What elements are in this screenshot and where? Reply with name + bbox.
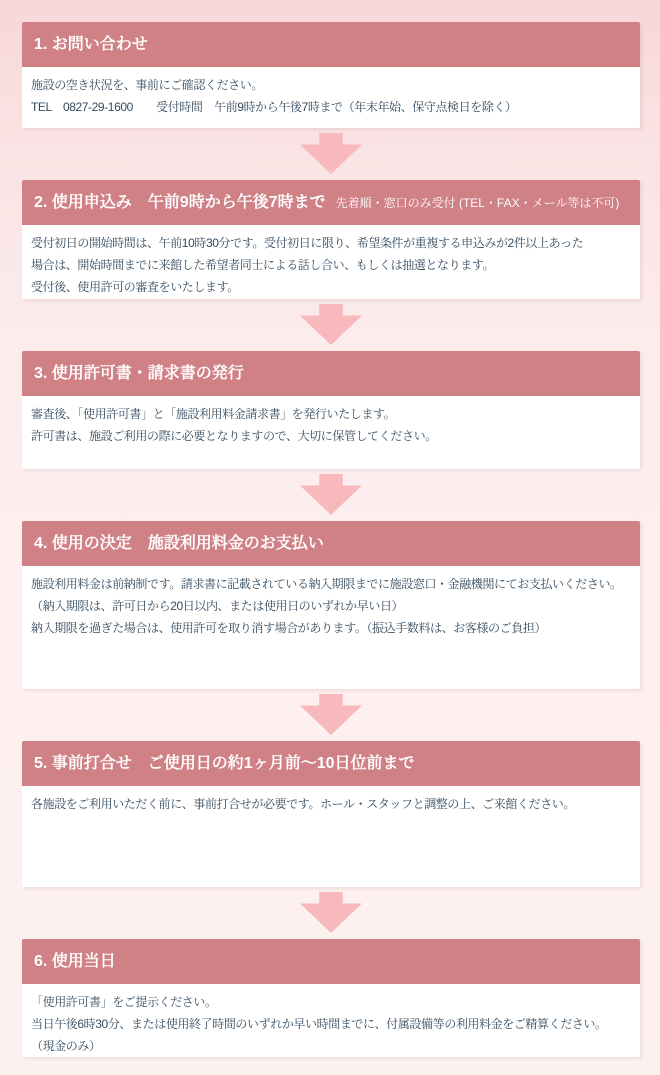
flow-container: 1. お問い合わせ 施設の空き状況を、事前にご確認ください。 TEL 0827-… bbox=[22, 0, 640, 1057]
down-arrow-icon bbox=[300, 133, 362, 174]
step-title: 5. 事前打合せ ご使用日の約1ヶ月前～10日位前まで bbox=[34, 753, 415, 775]
step-section-3: 3. 使用許可書・請求書の発行 審査後、「使用許可書」と「施設利用料金請求書」を… bbox=[22, 351, 640, 469]
down-arrow-icon bbox=[300, 694, 362, 735]
step-section-1: 1. お問い合わせ 施設の空き状況を、事前にご確認ください。 TEL 0827-… bbox=[22, 22, 640, 128]
step-title: 3. 使用許可書・請求書の発行 bbox=[34, 363, 244, 385]
step-title: 1. お問い合わせ bbox=[34, 34, 148, 56]
down-arrow-icon bbox=[300, 304, 362, 345]
step-header: 6. 使用当日 bbox=[22, 939, 640, 984]
step-header: 5. 事前打合せ ご使用日の約1ヶ月前～10日位前まで bbox=[22, 741, 640, 786]
step-note: 先着順・窓口のみ受付 (TEL・FAX・メール等は不可) bbox=[336, 194, 620, 212]
step-section-2: 2. 使用申込み 午前9時から午後7時まで 先着順・窓口のみ受付 (TEL・FA… bbox=[22, 180, 640, 299]
step-title: 6. 使用当日 bbox=[34, 951, 116, 973]
step-header: 4. 使用の決定 施設利用料金のお支払い bbox=[22, 521, 640, 566]
step-section-5: 5. 事前打合せ ご使用日の約1ヶ月前～10日位前まで 各施設をご利用いただく前… bbox=[22, 741, 640, 887]
step-section-6: 6. 使用当日 「使用許可書」をご提示ください。 当日午後6時30分、または使用… bbox=[22, 939, 640, 1057]
step-header: 2. 使用申込み 午前9時から午後7時まで 先着順・窓口のみ受付 (TEL・FA… bbox=[22, 180, 640, 225]
down-arrow-icon bbox=[300, 474, 362, 515]
step-header: 3. 使用許可書・請求書の発行 bbox=[22, 351, 640, 396]
step-header: 1. お問い合わせ bbox=[22, 22, 640, 67]
step-body: 受付初日の開始時間は、午前10時30分です。受付初日に限り、希望条件が重複する申… bbox=[22, 225, 640, 299]
step-title: 4. 使用の決定 施設利用料金のお支払い bbox=[34, 533, 324, 555]
step-section-4: 4. 使用の決定 施設利用料金のお支払い 施設利用料金は前納制です。請求書に記載… bbox=[22, 521, 640, 689]
step-body: 各施設をご利用いただく前に、事前打合せが必要です。ホール・スタッフと調整の上、ご… bbox=[22, 786, 640, 887]
step-body: 審査後、「使用許可書」と「施設利用料金請求書」を発行いたします。 許可書は、施設… bbox=[22, 396, 640, 469]
flow-page: { "colors": { "header_bg": "#cf8186", "a… bbox=[0, 0, 660, 1075]
step-body: 施設の空き状況を、事前にご確認ください。 TEL 0827-29-1600 受付… bbox=[22, 67, 640, 128]
step-body: 「使用許可書」をご提示ください。 当日午後6時30分、または使用終了時間のいずれ… bbox=[22, 984, 640, 1057]
step-title: 2. 使用申込み 午前9時から午後7時まで bbox=[34, 192, 326, 214]
down-arrow-icon bbox=[300, 892, 362, 933]
step-body: 施設利用料金は前納制です。請求書に記載されている納入期限までに施設窓口・金融機関… bbox=[22, 566, 640, 689]
